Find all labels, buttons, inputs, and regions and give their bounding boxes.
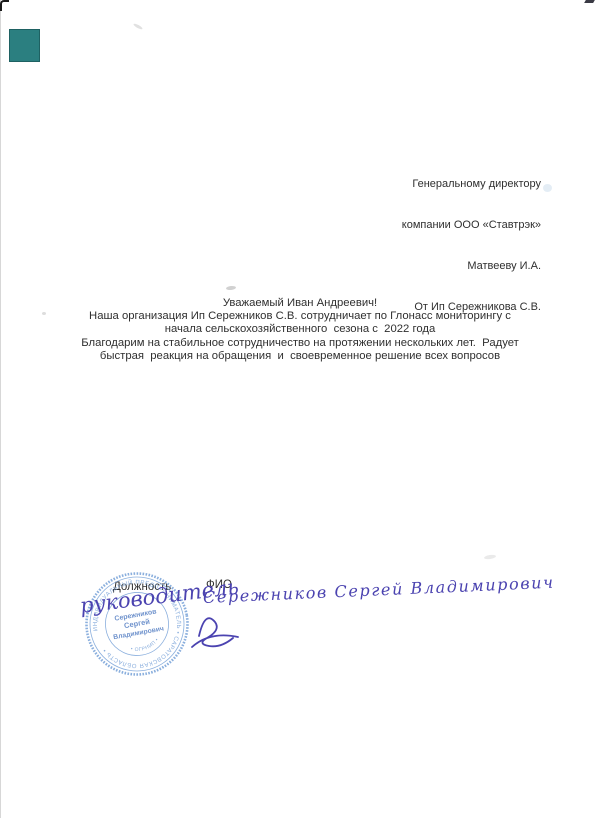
scan-edge-line	[0, 0, 1, 818]
letter-body: Уважаемый Иван Андреевич! Наша организац…	[58, 297, 542, 363]
scan-smudge	[484, 554, 496, 560]
scan-smudge	[226, 285, 236, 290]
recipient-line: Матвееву И.А.	[402, 260, 541, 274]
scan-smudge	[543, 184, 552, 192]
scanned-letter-page: Генеральному директору компании ООО «Ста…	[0, 0, 595, 818]
body-line: начала сельскохозяйственного сезона с 20…	[58, 323, 542, 336]
svg-text:• ОГРНИП •: • ОГРНИП •	[128, 636, 162, 654]
handwritten-name: Сережников Сергей Владимирович	[203, 573, 555, 607]
scan-smudge	[133, 23, 143, 30]
body-line: Благодарим на стабильное сотрудничество …	[58, 337, 542, 350]
recipient-line: Генеральному директору	[402, 178, 541, 192]
scan-corner-mark-top-right	[584, 0, 595, 3]
recipient-line: компании ООО «Ставтрэк»	[402, 219, 541, 233]
body-line: Наша организация Ип Сережников С.В. сотр…	[58, 310, 542, 323]
scan-smudge	[42, 312, 46, 315]
signature-stroke	[189, 606, 243, 652]
teal-marker-square	[9, 29, 40, 62]
salutation-line: Уважаемый Иван Андреевич!	[58, 297, 542, 310]
scan-corner-mark-top-left	[0, 0, 9, 11]
body-line: быстрая реакция на обращения и своевреме…	[58, 350, 542, 363]
stamp-inner-ring-text: • ОГРНИП •	[128, 636, 162, 654]
